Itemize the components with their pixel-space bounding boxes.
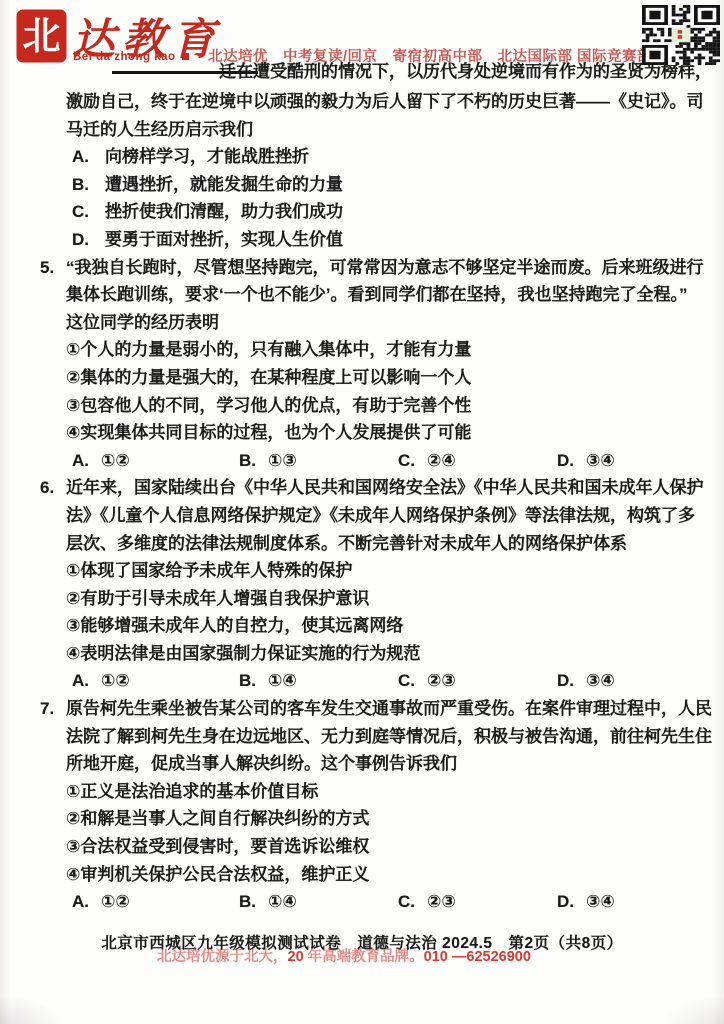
brand-pinyin: Bei da zhong kao — [73, 51, 189, 63]
question-5-option-c: C.②④ — [398, 447, 557, 475]
question-7-statement-1: ①正义是法治追求的基本价值目标 — [0, 778, 724, 806]
question-7-statement-2: ②和解是当事人之间自行解决纠纷的方式 — [0, 805, 724, 833]
option-label: D. — [557, 888, 574, 916]
footer-promo-segment: 北达培优源于北大， — [157, 949, 288, 965]
beida-seal-logo-icon: 北 — [18, 11, 65, 61]
question-4-continuation-line-1: 迁在遭受酷刑的情况下，以历代身处逆境而有作为的圣贤为榜样， — [219, 57, 712, 82]
question-4-stem: 马迁的人生经历启示我们 — [0, 116, 724, 144]
question-5-line-3: 这位同学的经历表明 — [0, 309, 724, 337]
question-5-option-a: A.①② — [72, 447, 239, 475]
option-label: B. — [239, 667, 256, 695]
question-6-statement-1: ①体现了国家给予未成年人特殊的保护 — [0, 557, 724, 585]
option-value: ①② — [101, 892, 130, 911]
question-stem-text: 近年来，国家陆续出台《中华人民共和国网络安全法》《中华人民共和国未成年人保护 — [66, 478, 704, 497]
option-label: A. — [72, 143, 105, 171]
question-4-option-a: A.向榜样学习，才能战胜挫折 — [0, 143, 724, 171]
question-4-continuation-line-2: 激励自己，终于在逆境中以顽强的毅力为后人留下了不朽的历史巨著——《史记》。司 — [0, 88, 724, 116]
option-label: A. — [72, 667, 89, 695]
footer-promo-segment: 20 — [288, 949, 304, 965]
option-value: ①④ — [268, 892, 297, 911]
question-6-line-1: 6.近年来，国家陆续出台《中华人民共和国网络安全法》《中华人民共和国未成年人保护 — [0, 474, 724, 502]
question-6-option-b: B.①④ — [239, 667, 398, 695]
question-7-option-d: D.③④ — [557, 888, 615, 916]
question-5-statement-2: ②集体的力量是强大的，在某种程度上可以影响一个人 — [0, 364, 724, 392]
question-6-statement-4: ④表明法律是由国家强制力保证实施的行为规范 — [0, 640, 724, 668]
question-6-line-3: 层次、多维度的法律法规制度体系。不断完善针对未成年人的网络保护体系 — [0, 530, 724, 558]
question-6-statement-2: ②有助于引导未成年人增强自我保护意识 — [0, 585, 724, 613]
question-7-option-a: A.①② — [72, 888, 239, 916]
question-5-line-1: 5.“我独自长跑时，尽管想坚持跑完，可常常因为意志不够坚定半途而废。后来班级进行 — [0, 254, 724, 282]
question-7-statement-3: ③合法权益受到侵害时，要首选诉讼维权 — [0, 833, 724, 861]
option-text: 向榜样学习，才能战胜挫折 — [105, 147, 309, 166]
question-6-option-a: A.①② — [72, 667, 239, 695]
question-6-line-2: 法》《儿童个人信息网络保护规定》《未成年人网络保护条例》等法律法规，构筑了多 — [0, 502, 724, 530]
option-value: ③④ — [586, 671, 615, 690]
question-5-option-d: D.③④ — [557, 447, 615, 475]
question-4-option-d: D.要勇于面对挫折，实现人生价值 — [0, 226, 724, 254]
question-7-line-3: 所地开庭，促成当事人解决纠纷。这个事例告诉我们 — [0, 750, 724, 778]
option-label: C. — [398, 667, 415, 695]
question-5-statement-3: ③包容他人的不同，学习他人的优点，有助于完善个性 — [0, 392, 724, 420]
question-7-option-b: B.①④ — [239, 888, 398, 916]
question-6-statement-3: ③能够增强未成年人的自控力，使其远离网络 — [0, 612, 724, 640]
option-label: D. — [557, 667, 574, 695]
question-number: 6. — [40, 474, 66, 502]
qr-code-icon — [642, 5, 720, 65]
option-value: ③④ — [586, 451, 615, 470]
question-4-option-b: B.遭遇挫折，就能发掘生命的力量 — [0, 171, 724, 199]
exam-body: 激励自己，终于在逆境中以顽强的毅力为后人留下了不朽的历史巨著——《史记》。司 马… — [0, 88, 724, 916]
question-number: 7. — [40, 695, 66, 723]
question-7-statement-4: ④审判机关保护公民合法权益，维护正义 — [0, 861, 724, 889]
question-7-option-c: C.②③ — [398, 888, 557, 916]
question-5-statement-4: ④实现集体共同目标的过程，也为个人发展提供了可能 — [0, 419, 724, 447]
question-5-options-row: A.①② B.①③ C.②④ D.③④ — [0, 447, 724, 475]
option-value: ②④ — [427, 451, 456, 470]
option-label: D. — [72, 226, 105, 254]
footer-promo-text: 北达培优源于北大，20 年高端教育品牌。010 —62526900 — [157, 945, 717, 966]
option-value: ①④ — [268, 671, 297, 690]
brand-pinyin-text: Bei da zhong kao — [73, 51, 176, 63]
question-5-statement-1: ①个人的力量是弱小的，只有融入集体中，才能有力量 — [0, 336, 724, 364]
option-label: B. — [239, 888, 256, 916]
option-value: ①② — [101, 671, 130, 690]
option-label: B. — [72, 171, 105, 199]
option-value: ①③ — [268, 451, 297, 470]
question-7-options-row: A.①② B.①④ C.②③ D.③④ — [0, 888, 724, 916]
question-stem-text: 原告柯先生乘坐被告某公司的客车发生交通事故而严重受伤。在案件审理过程中，人民 — [66, 699, 712, 718]
option-value: ③④ — [586, 892, 615, 911]
option-label: A. — [72, 888, 89, 916]
option-text: 挫折使我们清醒，助力我们成功 — [105, 202, 343, 221]
option-label: C. — [72, 198, 105, 226]
option-label: C. — [398, 888, 415, 916]
option-value: ②③ — [427, 671, 456, 690]
option-label: B. — [239, 447, 256, 475]
question-5-line-2: 集体长跑训练，要求‘一个也不能少’。看到同学们都在坚持，我也坚持跑完了全程。” — [0, 281, 724, 309]
question-4-option-c: C.挫折使我们清醒，助力我们成功 — [0, 198, 724, 226]
question-6-options-row: A.①② B.①④ C.②③ D.③④ — [0, 667, 724, 695]
footer-promo-segment: 年高端教育品牌。 — [304, 949, 424, 965]
option-label: C. — [398, 447, 415, 475]
question-5-option-b: B.①③ — [239, 447, 398, 475]
option-label: D. — [557, 447, 574, 475]
option-label: A. — [72, 447, 89, 475]
question-7-line-1: 7.原告柯先生乘坐被告某公司的客车发生交通事故而严重受伤。在案件审理过程中，人民 — [0, 695, 724, 723]
question-6-option-d: D.③④ — [557, 667, 615, 695]
option-value: ①② — [101, 451, 130, 470]
option-text: 要勇于面对挫折，实现人生价值 — [105, 230, 343, 249]
option-value: ②③ — [427, 892, 456, 911]
question-number: 5. — [40, 254, 66, 282]
scanned-exam-page: 北 达教育 Bei da zhong kao 北达培优 中考复读/回京 寄宿初高… — [0, 0, 724, 1024]
question-6-option-c: C.②③ — [398, 667, 557, 695]
question-7-line-2: 法院了解到柯先生身在边远地区、无力到庭等情况后，积极与被告沟通，前往柯先生住 — [0, 723, 724, 751]
question-stem-text: “我独自长跑时，尽管想坚持跑完，可常常因为意志不够坚定半途而废。后来班级进行 — [66, 258, 704, 277]
option-text: 遭遇挫折，就能发掘生命的力量 — [105, 175, 343, 194]
footer-promo-segment: 010 —62526900 — [424, 949, 531, 965]
red-square-icon — [182, 53, 189, 60]
